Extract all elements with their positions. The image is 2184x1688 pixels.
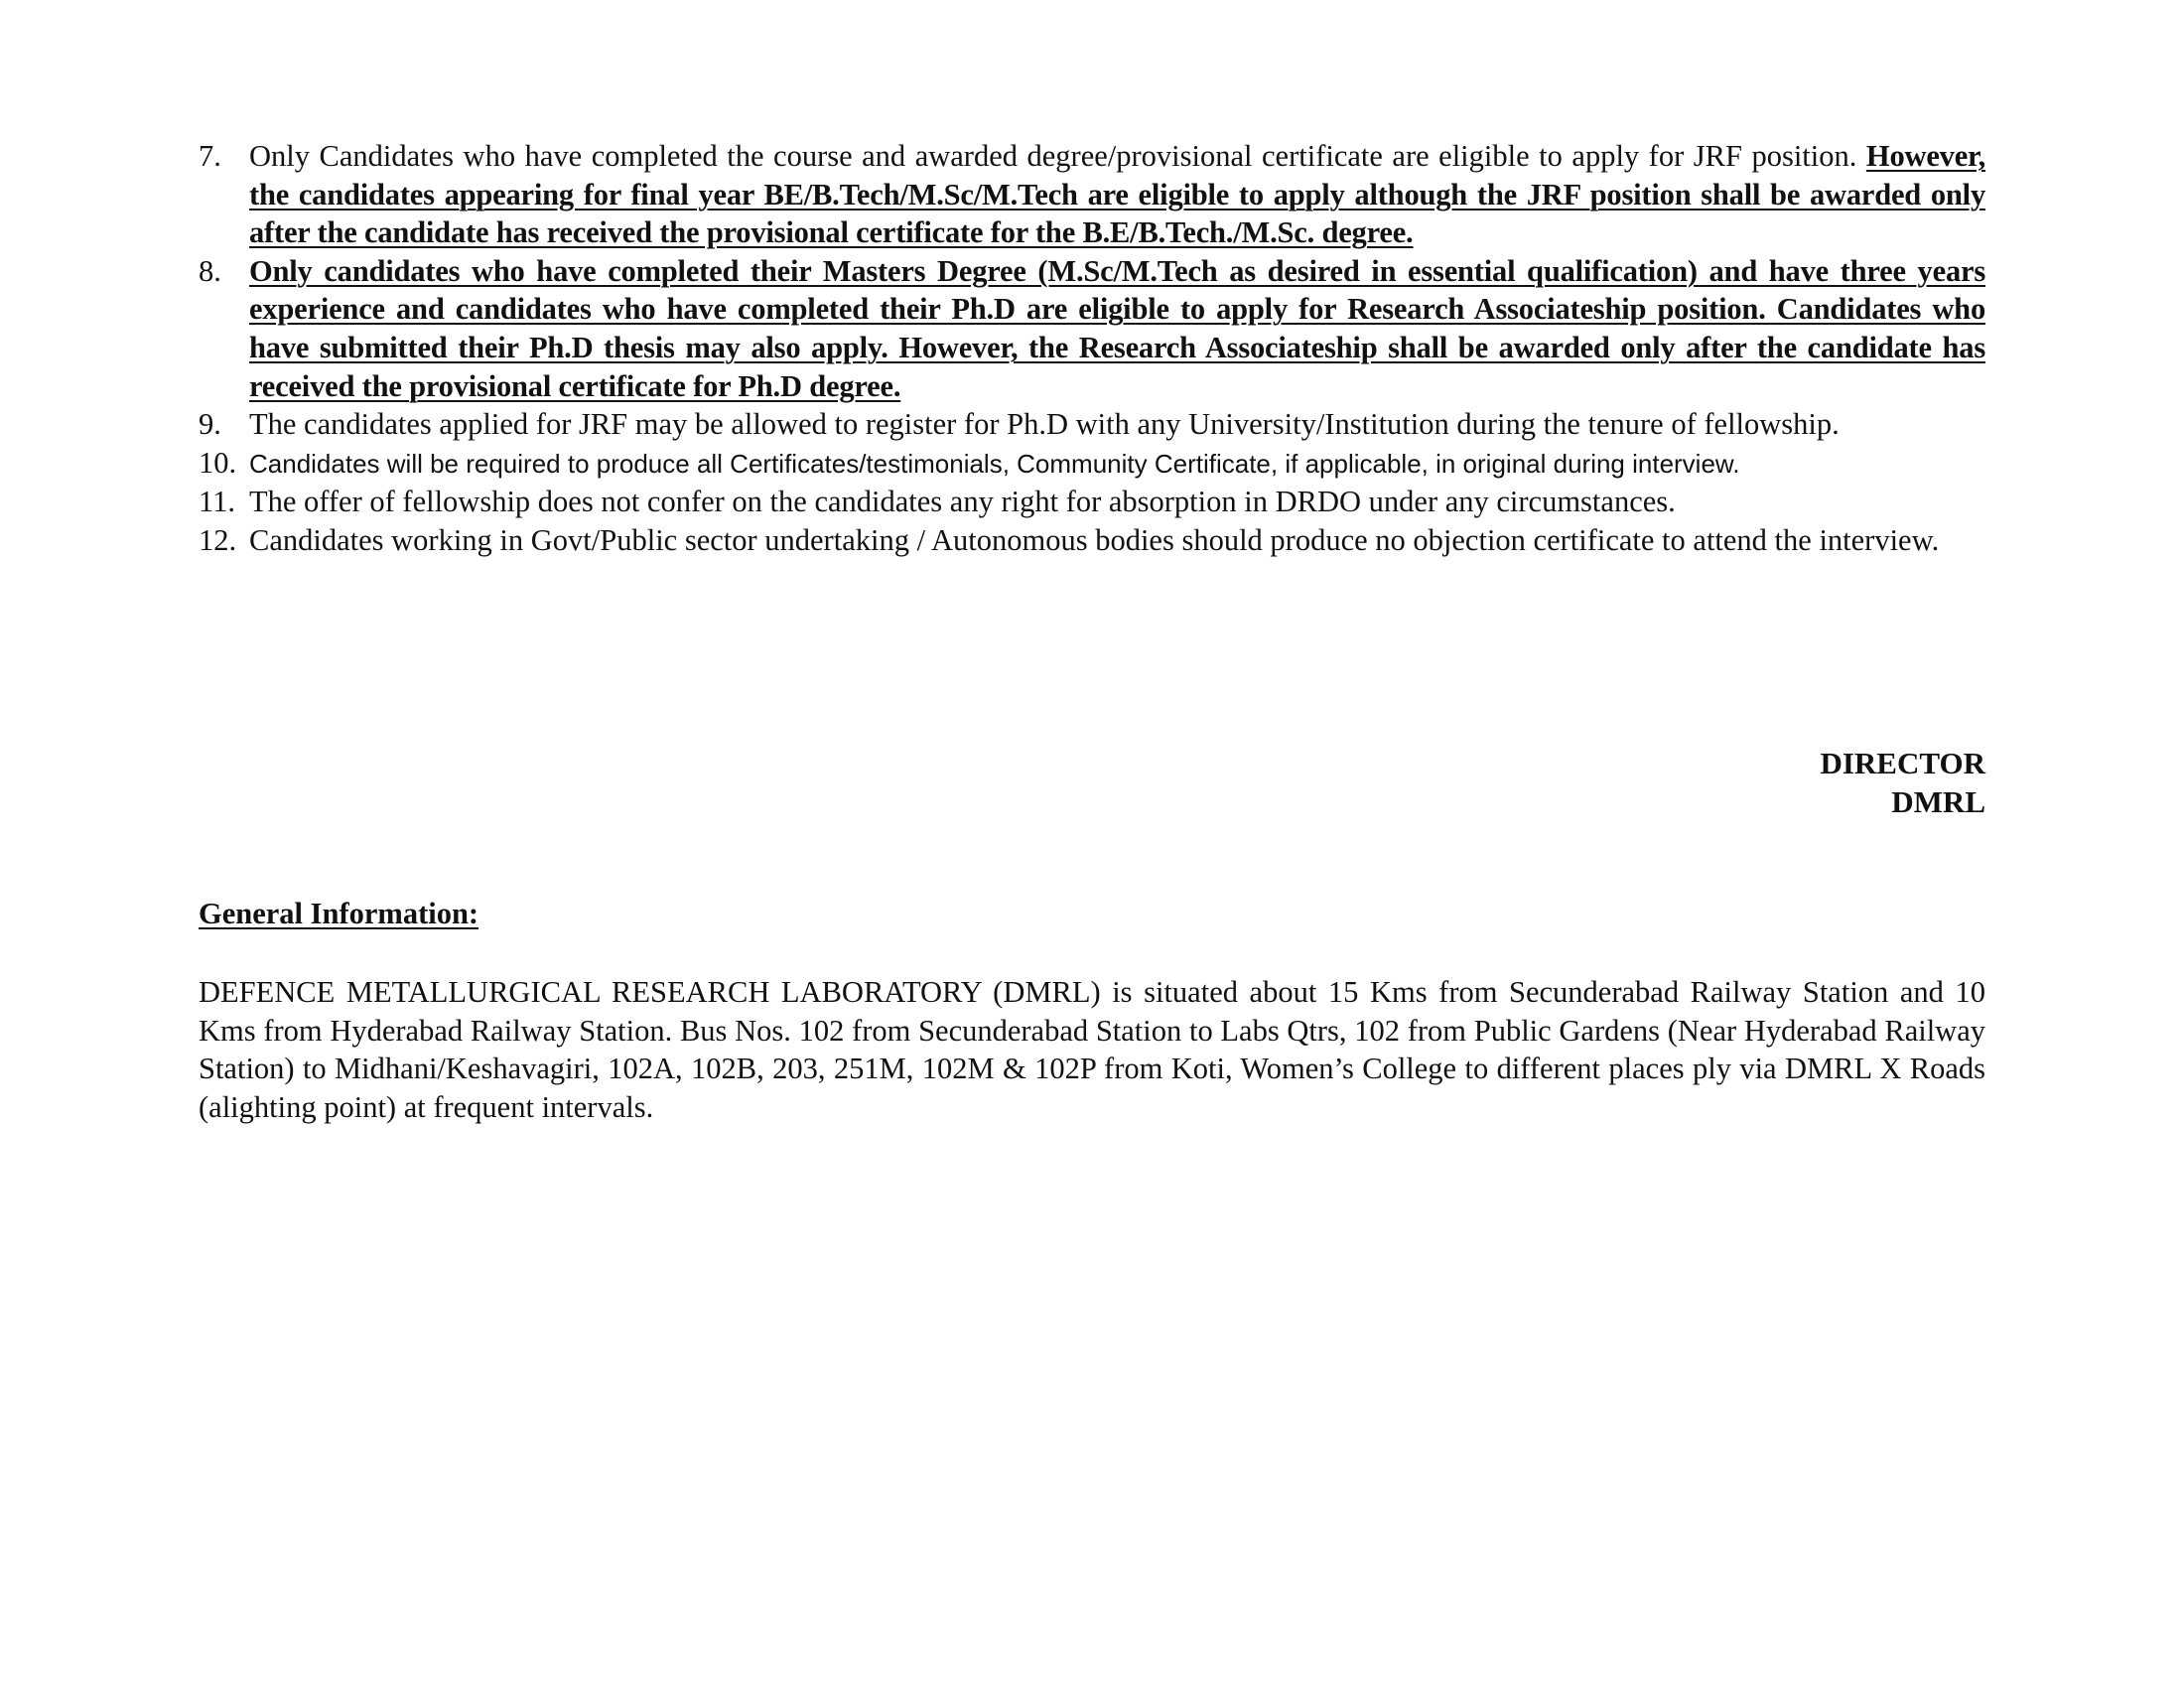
list-item-12: 12. Candidates working in Govt/Public se… [199,521,1985,560]
document-page: 7. Only Candidates who have completed th… [0,0,2184,1688]
list-item-9: 9. The candidates applied for JRF may be… [199,405,1985,444]
item-text: Candidates working in Govt/Public sector… [249,523,1939,557]
item-text: The offer of fellowship does not confer … [249,485,1676,518]
item-number: 11. [199,483,235,521]
list-item-10: 10. Candidates will be required to produ… [199,444,1985,484]
general-information-body: DEFENCE METALLURGICAL RESEARCH LABORATOR… [199,973,1985,1126]
signature-organization: DMRL [1820,783,1985,822]
list-item-11: 11. The offer of fellowship does not con… [199,483,1985,521]
item-text: Candidates will be required to produce a… [249,449,1740,479]
item-text: Only Candidates who have completed the c… [249,139,1856,173]
item-number: 7. [199,137,221,176]
item-number: 9. [199,405,221,444]
eligibility-notes-list: 7. Only Candidates who have completed th… [199,137,1985,560]
item-emphasis-text: Only candidates who have completed their… [249,254,1985,403]
item-number: 12. [199,521,236,560]
item-text: The candidates applied for JRF may be al… [249,407,1840,441]
list-item-8: 8. Only candidates who have completed th… [199,252,1985,405]
signature-title: DIRECTOR [1820,745,1985,783]
item-number: 8. [199,252,221,291]
general-information-heading: General Information: [199,897,478,931]
item-number: 10. [199,444,236,483]
list-item-7: 7. Only Candidates who have completed th… [199,137,1985,252]
signature-block: DIRECTOR DMRL [1820,745,1985,821]
